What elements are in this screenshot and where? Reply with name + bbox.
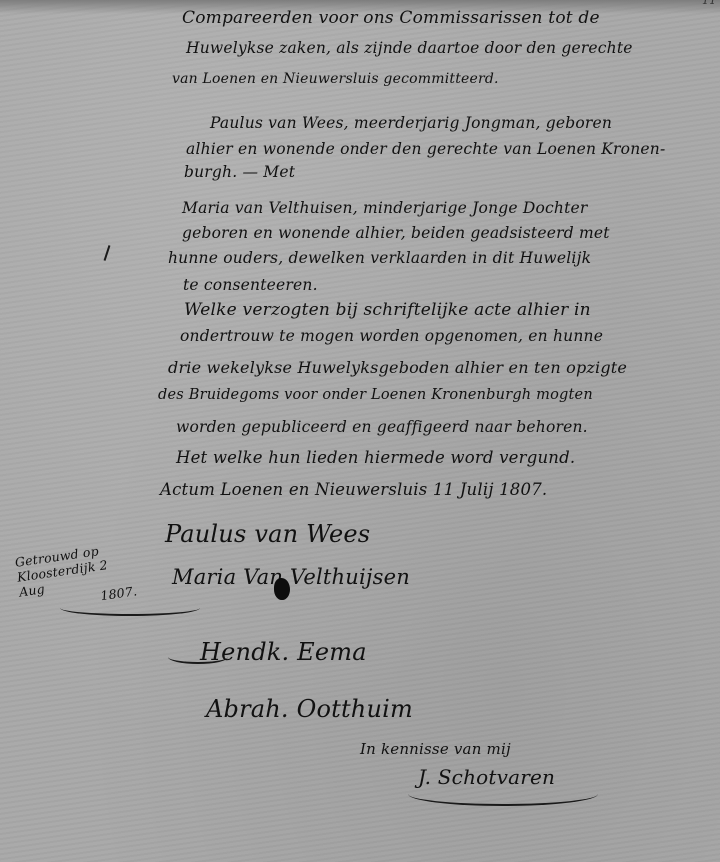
body-line-10: te consenteeren. (183, 276, 318, 294)
body-line-4: Paulus van Wees, meerderjarig Jongman, g… (210, 114, 612, 132)
body-line-13: drie wekelykse Huwelyksgeboden alhier en… (168, 358, 627, 377)
body-line-16: Het welke hun lieden hiermede word vergu… (176, 448, 575, 467)
body-line-2: Huwelykse zaken, als zijnde daartoe door… (186, 39, 633, 57)
margin-mark (104, 245, 111, 261)
body-line-6: burgh. — Met (184, 163, 295, 181)
document-page: Compareerden voor ons Commissarissen tot… (0, 0, 720, 862)
body-line-14: des Bruidegoms voor onder Loenen Kronenb… (158, 387, 593, 403)
body-line-17: Actum Loenen en Nieuwersluis 11 Julij 18… (160, 480, 547, 499)
signature-commissioner-1: Hendk. Eema (200, 638, 367, 666)
ink-blot (274, 578, 290, 600)
body-line-5: alhier en wonende onder den gerechte van… (186, 140, 665, 158)
margin-underline (60, 600, 200, 616)
signature-flourish (168, 650, 228, 664)
body-line-3: van Loenen en Nieuwersluis gecommitteerd… (172, 71, 499, 87)
body-line-9: hunne ouders, dewelken verklaarden in di… (168, 249, 591, 267)
body-line-7: Maria van Velthuisen, minderjarige Jonge… (182, 199, 588, 217)
signature-bride: Maria Van Velthuijsen (172, 565, 410, 589)
body-line-8: geboren en wonende alhier, beiden geadsi… (182, 224, 610, 242)
body-line-15: worden gepubliceerd en geaffigeerd naar … (176, 418, 588, 436)
signature-commissioner-2: Abrah. Ootthuim (206, 695, 413, 723)
clerk-flourish (408, 782, 598, 806)
page-number-mark: 11 (702, 0, 716, 7)
signature-groom: Paulus van Wees (165, 520, 370, 548)
body-line-12: ondertrouw te mogen worden opgenomen, en… (180, 327, 603, 345)
body-line-11: Welke verzogten bij schriftelijke acte a… (184, 300, 591, 320)
body-line-1: Compareerden voor ons Commissarissen tot… (182, 8, 600, 28)
clerk-caption: In kennisse van mij (360, 740, 511, 758)
